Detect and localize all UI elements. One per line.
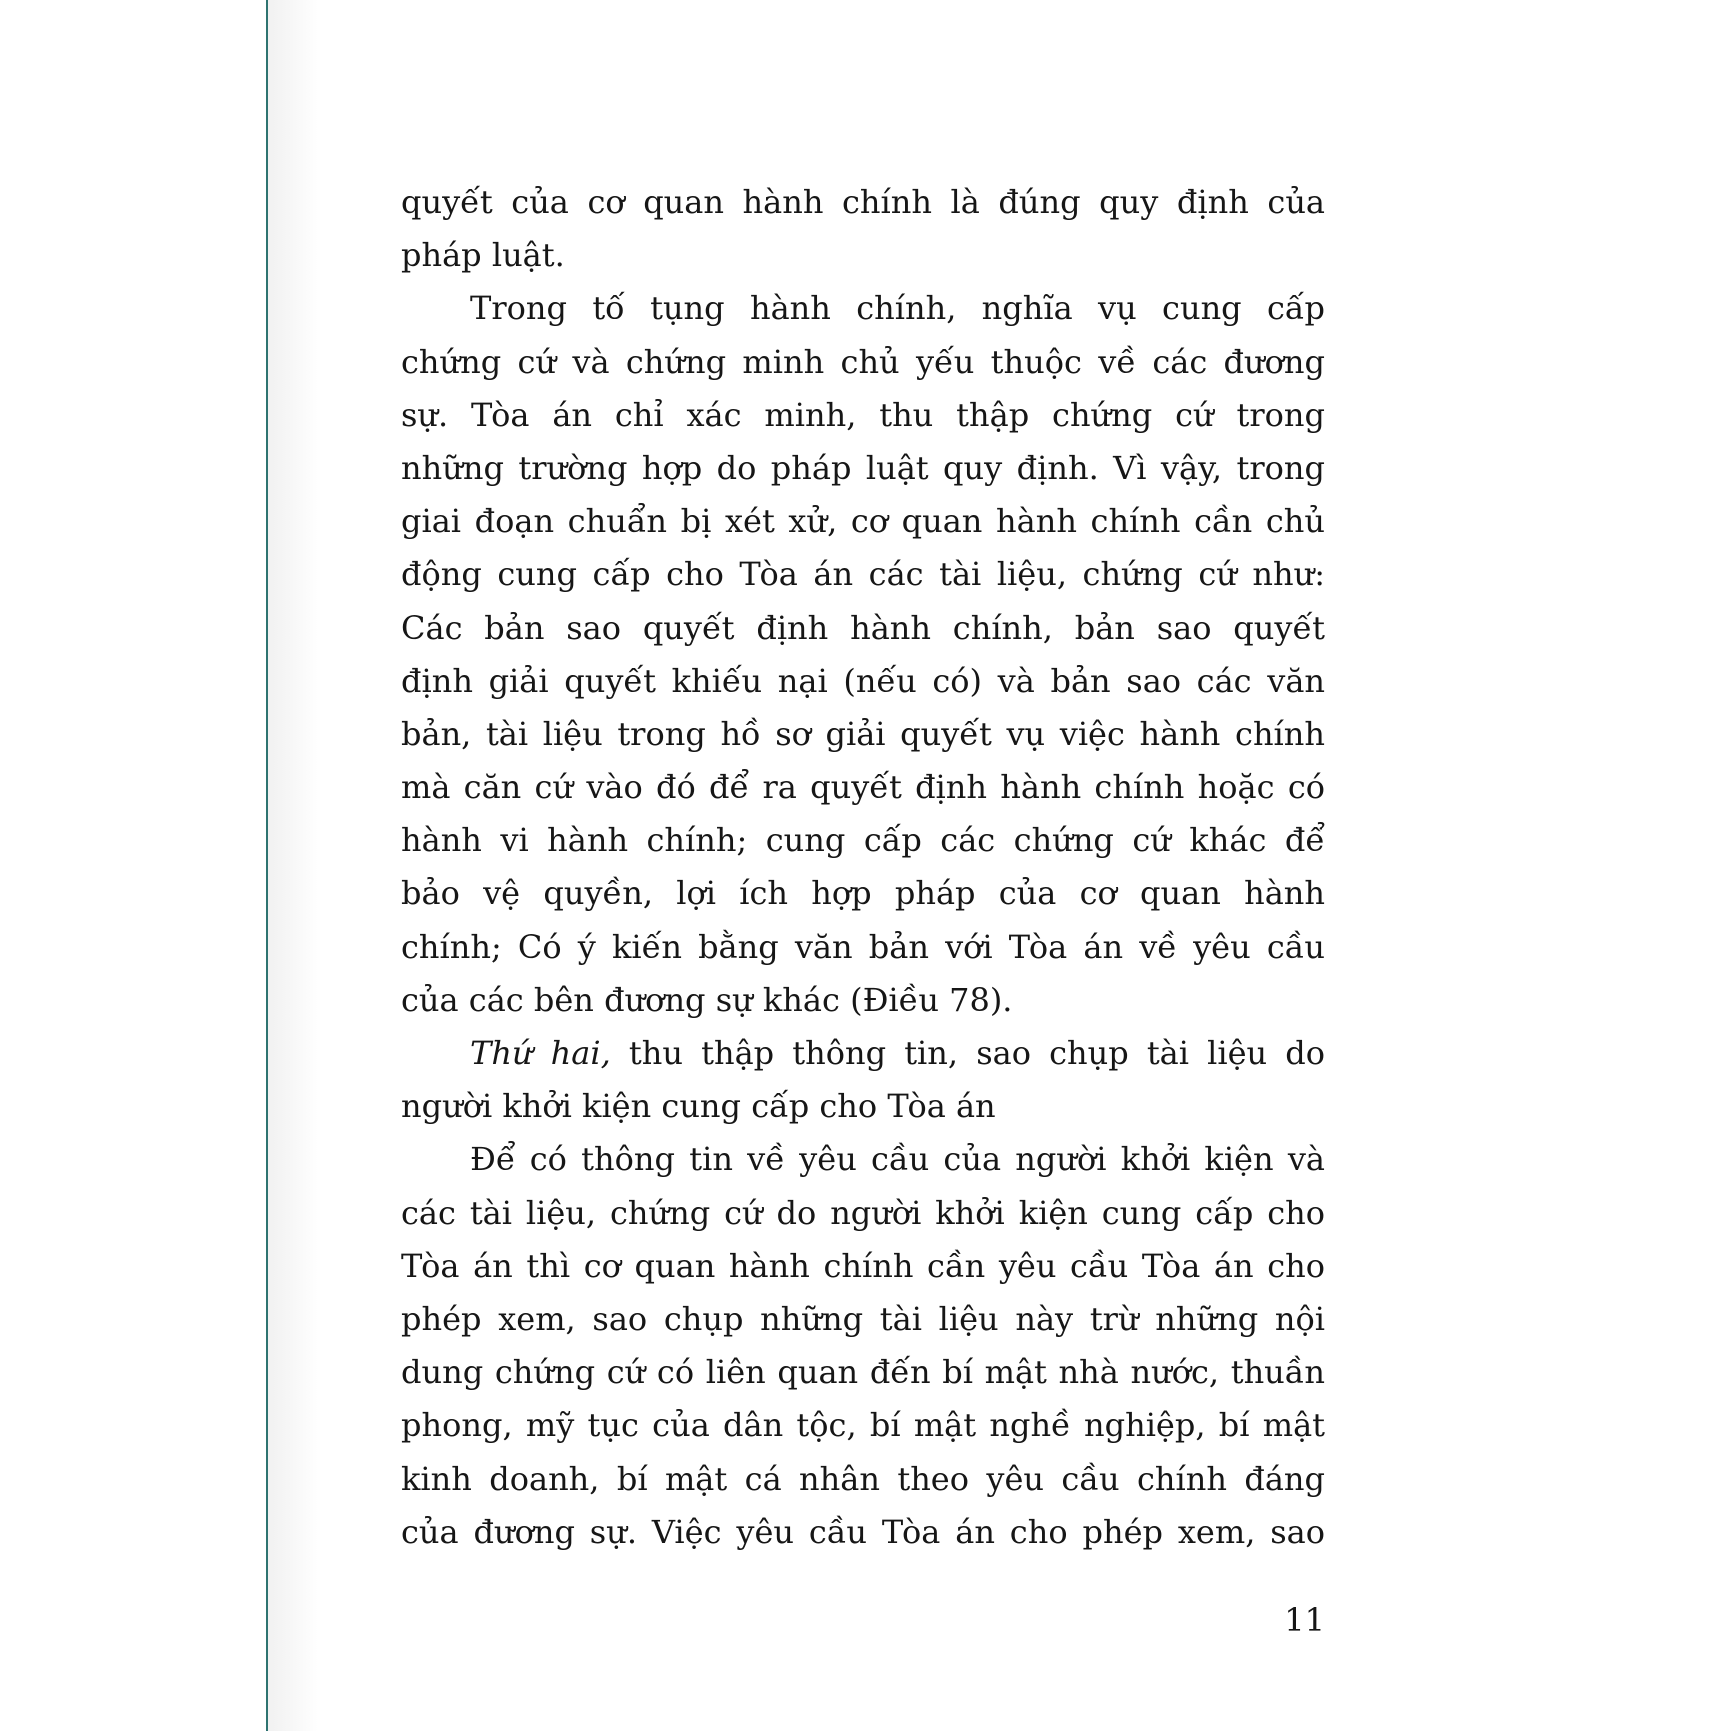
text-line: của đương sự. Việc yêu cầu Tòa án cho ph… [401, 1506, 1325, 1559]
text-line: những trường hợp do pháp luật quy định. … [401, 442, 1325, 495]
section-heading-line: Thứ hai, thu thập thông tin, sao chụp tà… [401, 1027, 1325, 1080]
paragraph-first-line: Để có thông tin về yêu cầu của người khở… [401, 1133, 1325, 1186]
text-line: định giải quyết khiếu nại (nếu có) và bả… [401, 655, 1325, 708]
text-line: Các bản sao quyết định hành chính, bản s… [401, 602, 1325, 655]
text-line: sự. Tòa án chỉ xác minh, thu thập chứng … [401, 389, 1325, 442]
text-line: chứng cứ và chứng minh chủ yếu thuộc về … [401, 336, 1325, 389]
text-line: động cung cấp cho Tòa án các tài liệu, c… [401, 548, 1325, 601]
text-line: kinh doanh, bí mật cá nhân theo yêu cầu … [401, 1453, 1325, 1506]
text-line: mà căn cứ vào đó để ra quyết định hành c… [401, 761, 1325, 814]
page-number: 11 [1284, 1598, 1325, 1642]
text-line: phong, mỹ tục của dân tộc, bí mật nghề n… [401, 1399, 1325, 1452]
text-line: bản, tài liệu trong hồ sơ giải quyết vụ … [401, 708, 1325, 761]
text-line: pháp luật. [401, 229, 1325, 282]
section-heading-line: người khởi kiện cung cấp cho Tòa án [401, 1080, 1325, 1133]
text-line: các tài liệu, chứng cứ do người khởi kiệ… [401, 1187, 1325, 1240]
section-heading-italic: Thứ hai, [470, 1034, 611, 1072]
paragraph-first-line: Trong tố tụng hành chính, nghĩa vụ cung … [401, 282, 1325, 335]
section-heading-text: thu thập thông tin, sao chụp tài liệu do [611, 1034, 1325, 1072]
text-line: dung chứng cứ có liên quan đến bí mật nh… [401, 1346, 1325, 1399]
text-line: phép xem, sao chụp những tài liệu này tr… [401, 1293, 1325, 1346]
text-line: Tòa án thì cơ quan hành chính cần yêu cầ… [401, 1240, 1325, 1293]
text-line: giai đoạn chuẩn bị xét xử, cơ quan hành … [401, 495, 1325, 548]
page-body-text: quyết của cơ quan hành chính là đúng quy… [401, 176, 1325, 1559]
page-gutter-shade [268, 0, 318, 1731]
text-line: của các bên đương sự khác (Điều 78). [401, 974, 1325, 1027]
book-spine-line [266, 0, 268, 1731]
text-line: bảo vệ quyền, lợi ích hợp pháp của cơ qu… [401, 867, 1325, 920]
text-line: quyết của cơ quan hành chính là đúng quy… [401, 176, 1325, 229]
text-line: hành vi hành chính; cung cấp các chứng c… [401, 814, 1325, 867]
text-line: chính; Có ý kiến bằng văn bản với Tòa án… [401, 921, 1325, 974]
